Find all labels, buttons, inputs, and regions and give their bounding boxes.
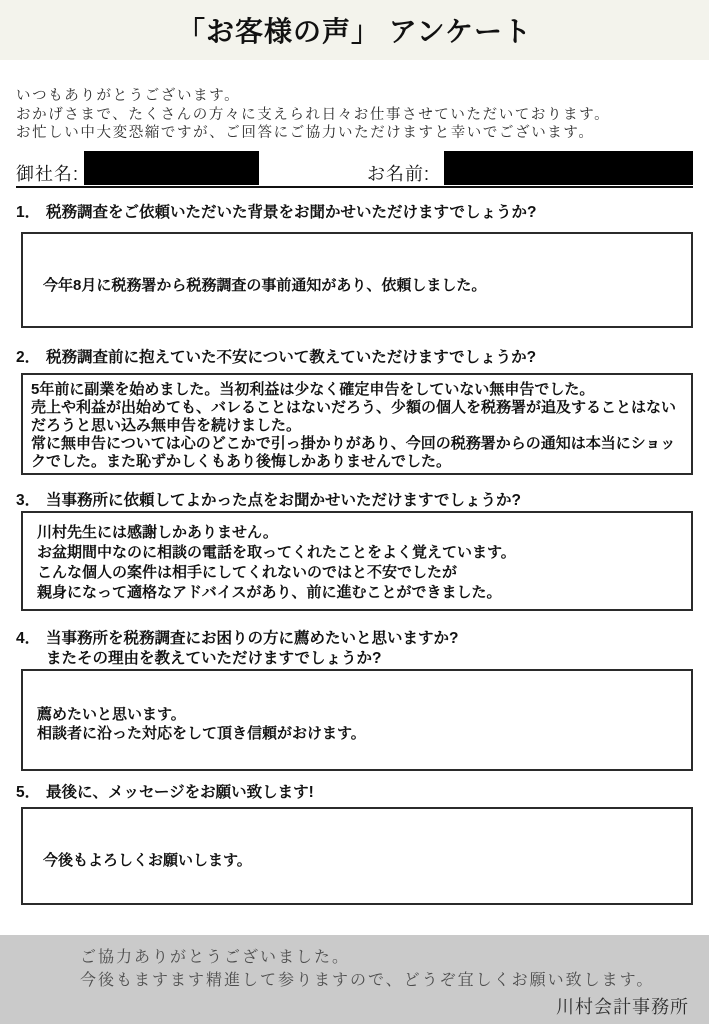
person-name-redaction-box — [444, 151, 693, 185]
question-2-answer-box: 5年前に副業を始めました。当初利益は少なく確定申告をしていない無申告でした。 売… — [21, 373, 693, 475]
footer-signature: 川村会計事務所 — [80, 993, 689, 1019]
page-title: 「お客様の声」 アンケート — [177, 10, 532, 50]
intro-text: いつもありがとうございます。 おかげさまで、たくさんの方々に支えられ日々お仕事さ… — [16, 87, 693, 143]
answer-line: 親身になって適格なアドバイスがあり、前に進むことができました。 — [37, 583, 683, 603]
question-4-heading: 4． 当事務所を税務調査にお困りの方に薦めたいと思いますか?またその理由を教えて… — [16, 629, 693, 669]
answer-line: 薦めたいと思います。 — [37, 705, 683, 724]
intro-line: おかげさまで、たくさんの方々に支えられ日々お仕事させていただいております。 — [16, 106, 693, 125]
question-3-number: 3． — [16, 491, 46, 511]
company-name-label: 御社名: — [16, 163, 79, 185]
question-3-section: 3． 当事務所に依頼してよかった点をお聞かせいただけますでしょうか? 川村先生に… — [16, 491, 693, 611]
question-4-section: 4． 当事務所を税務調査にお困りの方に薦めたいと思いますか?またその理由を教えて… — [16, 629, 693, 771]
intro-line: お忙しい中大変恐縮ですが、ご回答にご協力いただけますと幸いでございます。 — [16, 124, 693, 143]
question-1-text: 税務調査をご依頼いただいた背景をお聞かせいただけますでしょうか? — [46, 203, 693, 223]
question-5-section: 5． 最後に、メッセージをお願い致します! 今後もよろしくお願いします。 — [16, 783, 693, 905]
question-4-answer-box: 薦めたいと思います。 相談者に沿った対応をして頂き信頼がおけます。 — [21, 669, 693, 771]
question-5-answer-box: 今後もよろしくお願いします。 — [21, 807, 693, 905]
answer-line: 常に無申告については心のどこかで引っ掛かりがあり、今回の税務署からの通知は本当に… — [31, 435, 685, 471]
footer-thanks-line: ご協力ありがとうございました。 — [80, 946, 689, 969]
question-4-number: 4． — [16, 629, 46, 669]
footer-band: ご協力ありがとうございました。 今後もますます精進して参りますので、どうぞ宜しく… — [0, 935, 709, 1024]
company-name-redaction-box — [84, 151, 259, 185]
question-1-section: 1． 税務調査をご依頼いただいた背景をお聞かせいただけますでしょうか? 今年8月… — [16, 203, 693, 328]
answer-line: 川村先生には感謝しかありません。 — [37, 523, 683, 543]
person-name-label: お名前: — [367, 163, 430, 185]
question-3-text: 当事務所に依頼してよかった点をお聞かせいただけますでしょうか? — [46, 491, 693, 511]
question-4-text: 当事務所を税務調査にお困りの方に薦めたいと思いますか?またその理由を教えていただ… — [46, 629, 693, 669]
answer-line: 今年8月に税務署から税務調査の事前通知があり、依頼しました。 — [43, 276, 683, 295]
name-row: 御社名: お名前: — [16, 151, 693, 188]
answer-line: こんな個人の案件は相手にしてくれないのではと不安でしたが — [37, 563, 683, 583]
answer-line: 売上や利益が出始めても、バレることはないだろう、少額の個人を税務署が追及すること… — [31, 399, 685, 435]
question-1-answer-box: 今年8月に税務署から税務調査の事前通知があり、依頼しました。 — [21, 232, 693, 328]
footer-message-line: 今後もますます精進して参りますので、どうぞ宜しくお願い致します。 — [80, 969, 689, 992]
answer-line: お盆期間中なのに相談の電話を取ってくれたことをよく覚えています。 — [37, 543, 683, 563]
question-5-number: 5． — [16, 783, 46, 803]
survey-page: 「お客様の声」 アンケート いつもありがとうございます。 おかげさまで、たくさん… — [0, 0, 709, 1024]
answer-line: 今後もよろしくお願いします。 — [43, 851, 683, 870]
question-3-heading: 3． 当事務所に依頼してよかった点をお聞かせいただけますでしょうか? — [16, 491, 693, 511]
survey-content: いつもありがとうございます。 おかげさまで、たくさんの方々に支えられ日々お仕事さ… — [0, 87, 709, 905]
question-2-heading: 2． 税務調査前に抱えていた不安について教えていただけますでしょうか? — [16, 348, 693, 368]
intro-line: いつもありがとうございます。 — [16, 87, 693, 106]
question-2-text: 税務調査前に抱えていた不安について教えていただけますでしょうか? — [46, 348, 693, 368]
answer-line: 5年前に副業を始めました。当初利益は少なく確定申告をしていない無申告でした。 — [31, 381, 685, 399]
question-3-answer-box: 川村先生には感謝しかありません。 お盆期間中なのに相談の電話を取ってくれたことを… — [21, 511, 693, 611]
question-2-section: 2． 税務調査前に抱えていた不安について教えていただけますでしょうか? 5年前に… — [16, 348, 693, 475]
header-band: 「お客様の声」 アンケート — [0, 0, 709, 60]
question-2-number: 2． — [16, 348, 46, 368]
question-5-heading: 5． 最後に、メッセージをお願い致します! — [16, 783, 693, 803]
answer-line: 相談者に沿った対応をして頂き信頼がおけます。 — [37, 724, 683, 743]
question-5-text: 最後に、メッセージをお願い致します! — [46, 783, 693, 803]
question-1-number: 1． — [16, 203, 46, 223]
question-1-heading: 1． 税務調査をご依頼いただいた背景をお聞かせいただけますでしょうか? — [16, 203, 693, 223]
question-4-text-line2: またその理由を教えていただけますでしょうか? — [46, 649, 693, 669]
